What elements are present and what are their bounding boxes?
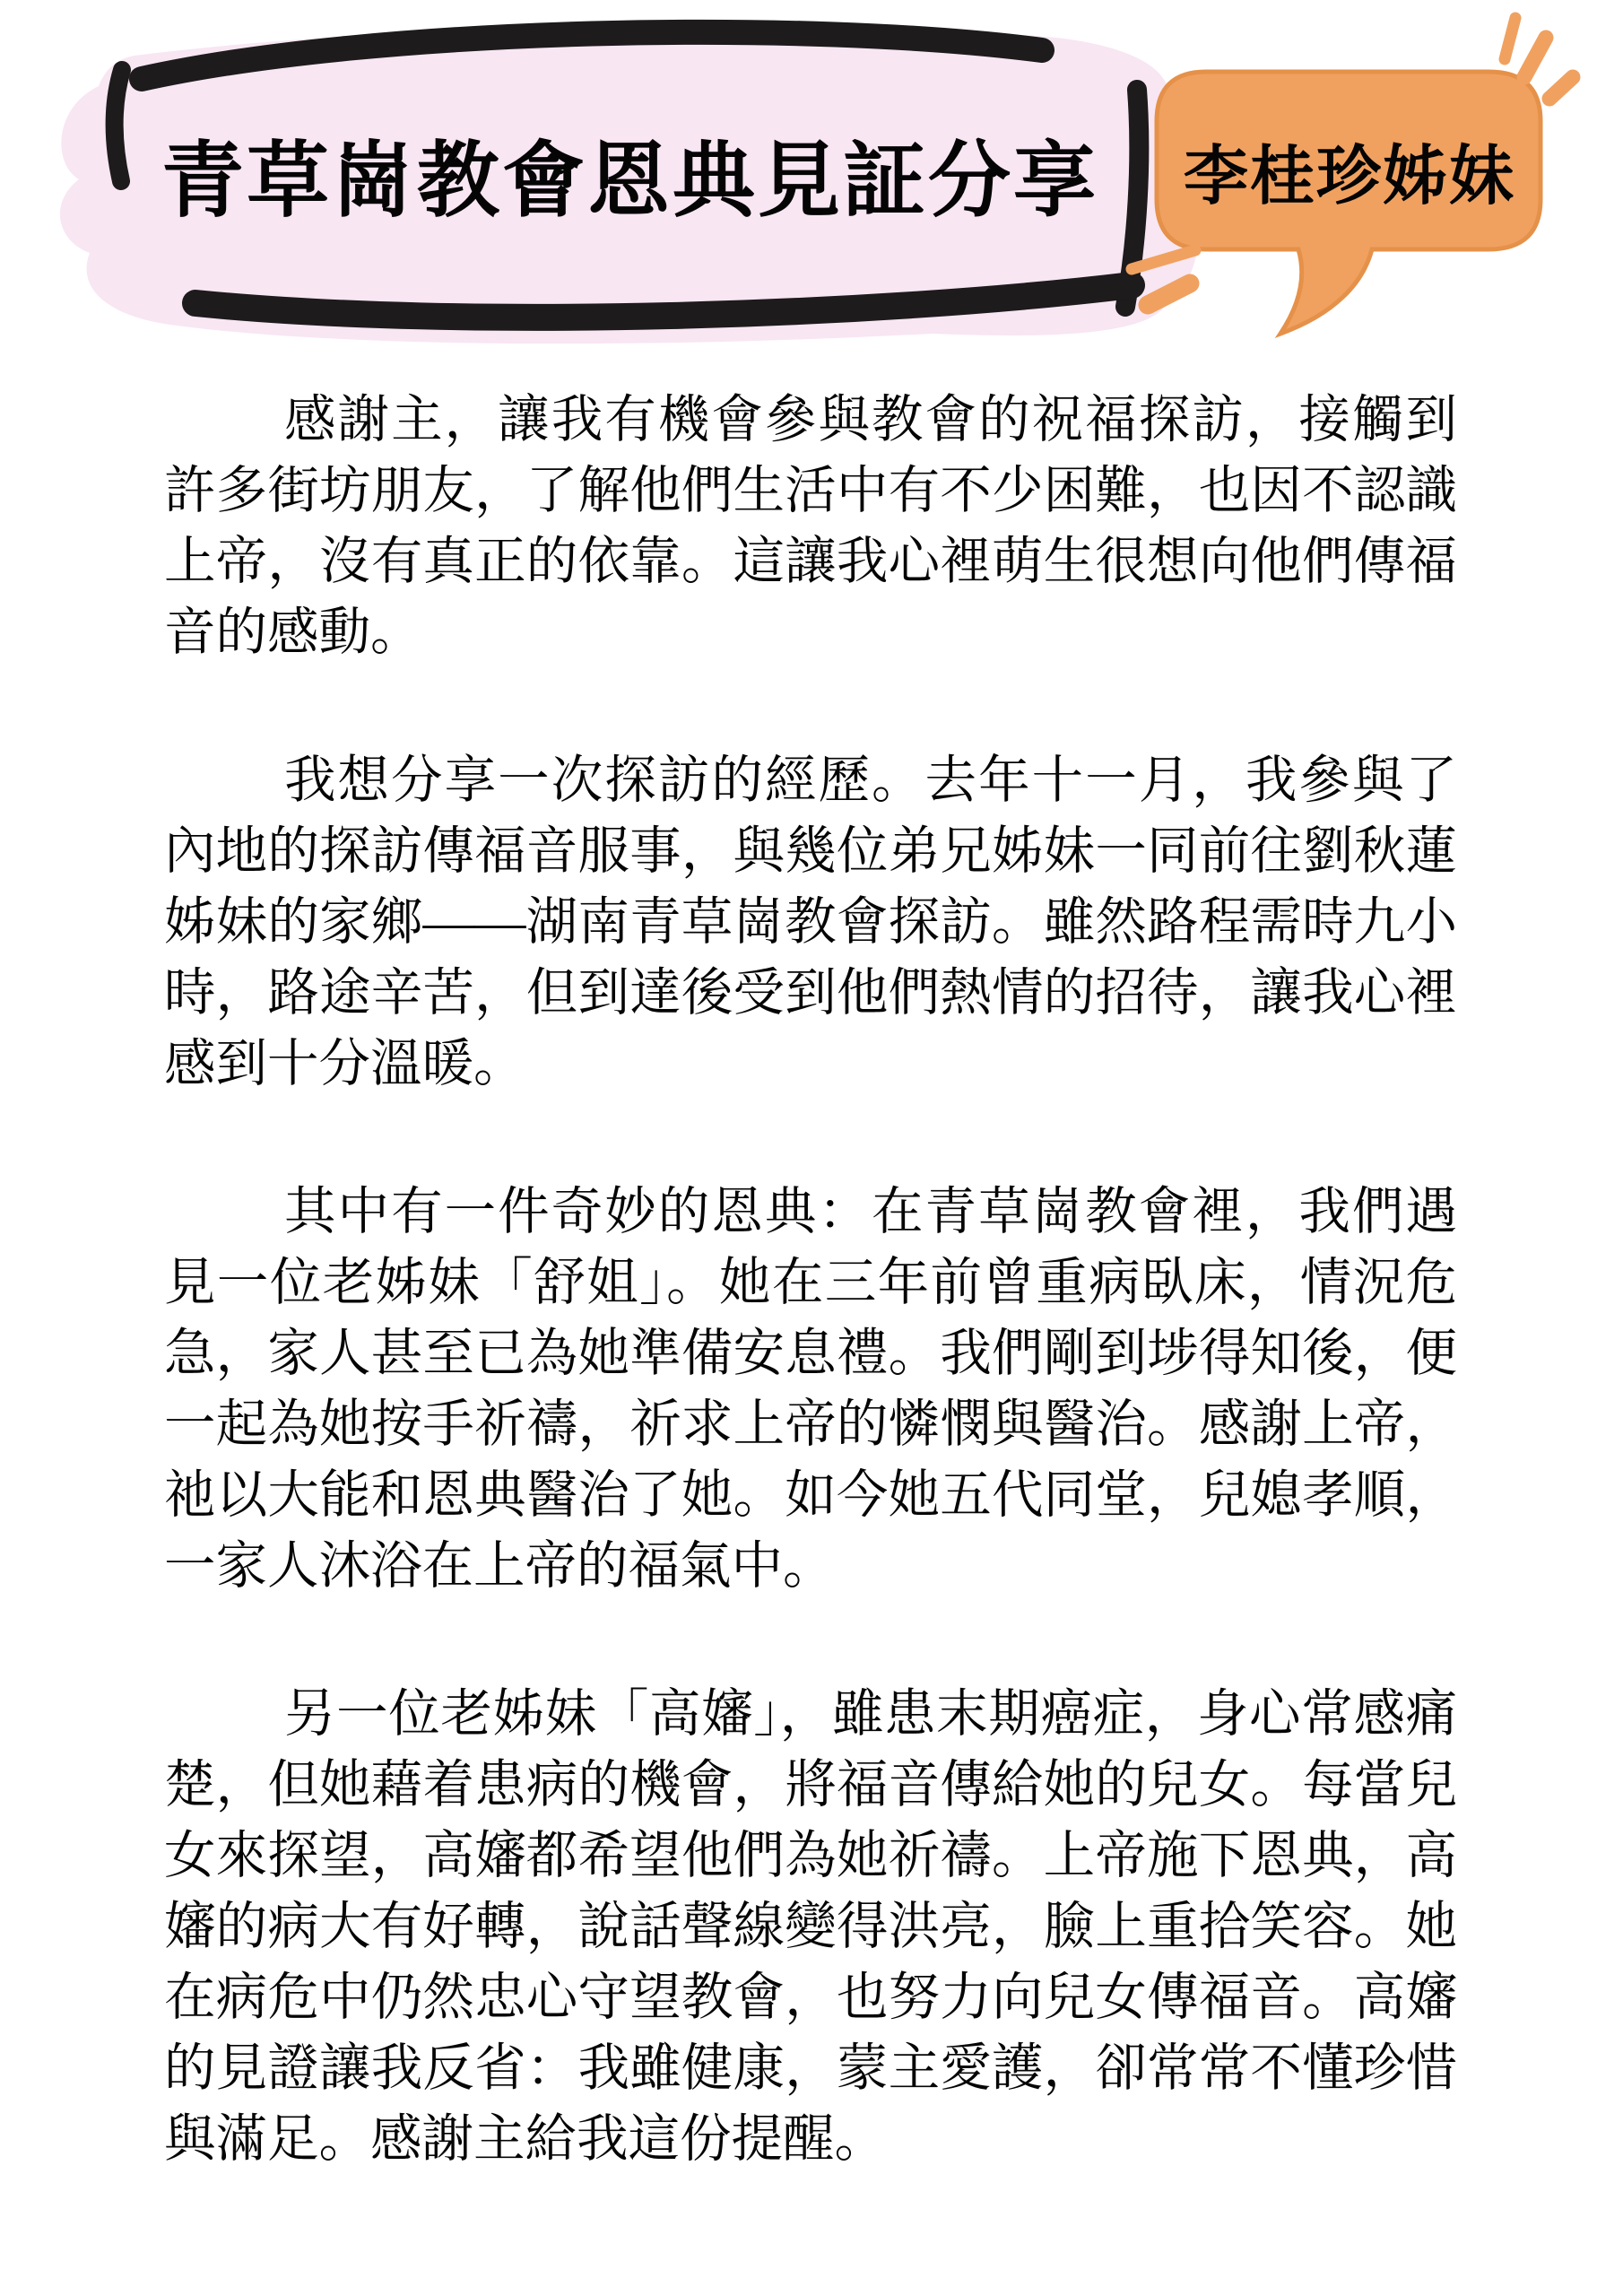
sparkle-top-right-3 — [1549, 77, 1573, 99]
paragraph-1: 感謝主，讓我有機會參與教會的祝福探訪，接觸到許多街坊朋友，了解他們生活中有不少困… — [164, 385, 1457, 668]
paragraph-3: 其中有一件奇妙的恩典：在青草崗教會裡，我們遇見一位老姊妹「舒姐」。她在三年前曾重… — [164, 1177, 1457, 1602]
article-body: 感謝主，讓我有機會參與教會的祝福探訪，接觸到許多街坊朋友，了解他們生活中有不少困… — [164, 385, 1457, 2252]
paragraph-2: 我想分享一次探訪的經歷。去年十一月，我參與了內地的探訪傳福音服事，與幾位弟兄姊妹… — [164, 745, 1457, 1100]
sparkle-top-right-1 — [1505, 18, 1515, 59]
author-name: 李桂珍姊妹 — [1159, 124, 1541, 217]
page-title: 青草崗教會恩典見証分享 — [161, 115, 1098, 233]
paragraph-4: 另一位老姊妹「高嬸」，雖患末期癌症，身心常感痛楚，但她藉着患病的機會，將福音傳給… — [164, 1679, 1457, 2175]
title-frame-left-stroke — [115, 70, 122, 181]
sparkle-top-right-2 — [1524, 38, 1546, 77]
